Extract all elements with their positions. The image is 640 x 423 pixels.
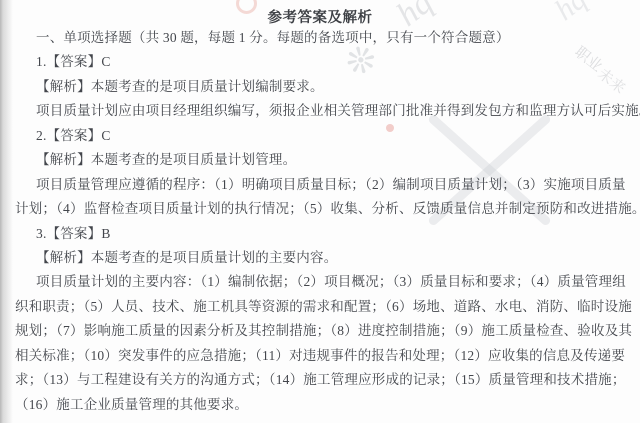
detail-line: 规划；（7）影响施工质量的因素分析及其控制措施；（8）进度控制措施；（9）施工质… [15,319,626,343]
analysis-line-q3: 【解析】本题考查的是项目质量计划的主要内容。 [15,246,626,270]
document-page: hq hq 职业 未来 ❊ 参考答案及解析 一、单项选择题（共 30 题，每题 … [0,0,640,423]
detail-line: 项目质量计划应由项目经理组织编写，须报企业相关管理部门批准并得到发包方和监理方认… [15,99,626,123]
analysis-line-q2: 【解析】本题考查的是项目质量计划管理。 [15,148,626,172]
analysis-line-q1: 【解析】本题考查的是项目质量计划编制要求。 [15,75,626,99]
detail-line: 求；（13）与工程建设有关方的沟通方式；（14）施工管理应形成的记录；（15）质… [15,368,626,392]
detail-line: 相关标准；（10）突发事件的应急措施；（11）对违规事件的报告和处理；（12）应… [15,344,626,368]
document-content: 一、单项选择题（共 30 题，每题 1 分。每题的备选项中，只有一个符合题意） … [15,26,626,417]
detail-line: 项目质量管理应遵循的程序：（1）明确项目质量目标；（2）编制项目质量计划；（3）… [15,173,626,197]
scan-edge-shadow [0,0,13,423]
answer-line-q1: 1.【答案】C [15,50,626,74]
section-heading: 一、单项选择题（共 30 题，每题 1 分。每题的备选项中，只有一个符合题意） [15,26,626,50]
detail-line: 项目质量计划的主要内容：（1）编制依据；（2）项目概况；（3）质量目标和要求；（… [15,270,626,294]
detail-line: 计划；（4）监督检查项目质量计划的执行情况；（5）收集、分析、反馈质量信息并制定… [15,197,626,221]
page-title: 参考答案及解析 [0,0,640,27]
answer-line-q3: 3.【答案】B [15,222,626,246]
answer-line-q2: 2.【答案】C [15,124,626,148]
detail-line: 织和职责；（5）人员、技术、施工机具等资源的需求和配置；（6）场地、道路、水电、… [15,295,626,319]
detail-line: （16）施工企业质量管理的其他要求。 [15,393,626,417]
